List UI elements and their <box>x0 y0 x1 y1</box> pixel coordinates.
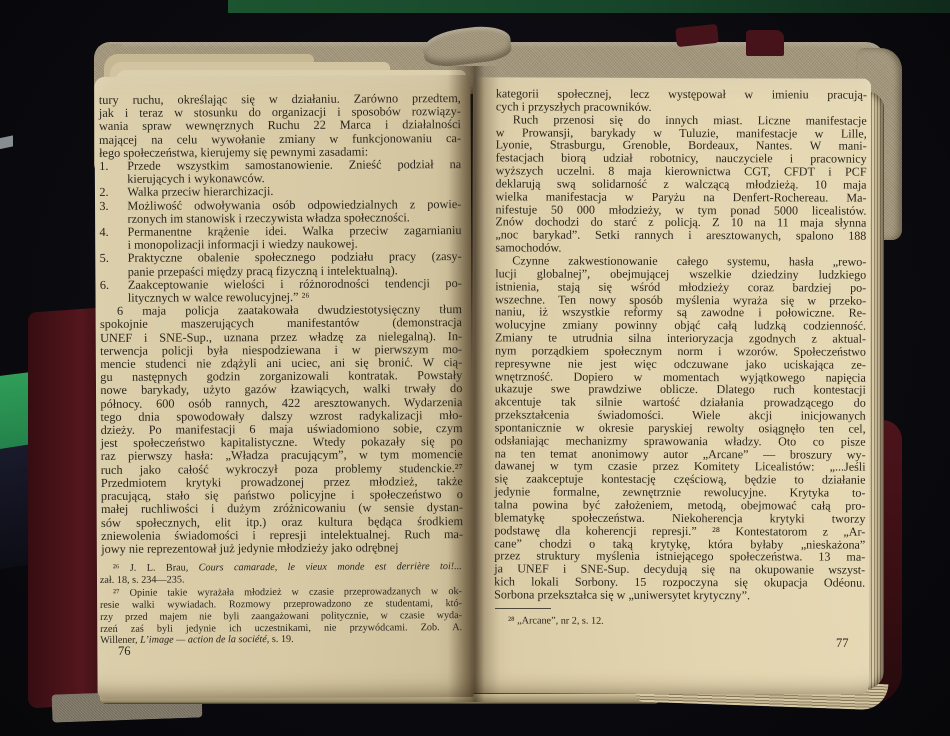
footnote-rule <box>495 608 551 609</box>
text-line: ²⁸ „Arcane”, nr 2, s. 12. <box>495 615 866 628</box>
text-line: zał. 18, s. 234—235. <box>100 573 462 587</box>
footnote: ²⁸ „Arcane”, nr 2, s. 12. <box>495 615 866 628</box>
list-item: 1.Przede wszystkim samostanowienie. Znie… <box>99 158 461 186</box>
right-page-text-block: kategorii społecznej, lecz występował w … <box>494 87 867 602</box>
text-line: rzeń zaś byli jedynie ich uczestnikami, … <box>100 622 462 636</box>
paragraph: Ruch przenosi się do innych miast. Liczn… <box>495 113 866 256</box>
left-page-footnotes: ²⁶ J. L. Brau, Cours camarade, le vieux … <box>100 561 462 648</box>
list-number: 2. <box>99 186 108 199</box>
list-number: 6. <box>100 279 109 292</box>
green-top-band <box>228 0 950 13</box>
left-page-number: 76 <box>118 644 131 659</box>
list-number: 5. <box>100 252 109 265</box>
text-line: jowy nie reprezentował już jedynie młodz… <box>101 541 463 556</box>
list-item: 5.Praktyczne obalenie społecznego podzia… <box>100 250 462 278</box>
paragraph: Czynne zakwestionowanie całego systemu, … <box>494 254 866 602</box>
text-line: Sorbona przekształca się w „uniwersytet … <box>494 588 865 602</box>
maroon-board-left-edge <box>28 307 104 708</box>
right-page-footnotes: ²⁸ „Arcane”, nr 2, s. 12. <box>495 615 866 629</box>
text-line: Willener, L’image — action de la société… <box>100 633 462 647</box>
numbered-list: 1.Przede wszystkim samostanowienie. Znie… <box>99 158 462 305</box>
list-number: 4. <box>99 226 108 239</box>
maroon-patch-top-right <box>746 30 784 56</box>
paragraph: kategorii społecznej, lecz występował w … <box>496 87 867 114</box>
footnote: ²⁷ Opinie takie wyrażała młodzież w czas… <box>100 586 462 647</box>
book-photo-scene: tury ruchu, określając się w działaniu. … <box>0 0 950 736</box>
left-page-text-block: tury ruchu, określając się w działaniu. … <box>99 92 463 556</box>
paragraph: 6 maja policja zaatakowała dwudziestotys… <box>100 303 463 556</box>
paragraph: tury ruchu, określając się w działaniu. … <box>99 92 461 160</box>
list-item: 3.Możliwość odwoływania osób odpowiedzia… <box>99 198 461 226</box>
list-item: 4.Permanentne krążenie idei. Walka przec… <box>99 224 461 252</box>
list-item: 6.Zaakceptowanie wielości i różnorodnośc… <box>100 277 462 305</box>
footnote: ²⁶ J. L. Brau, Cours camarade, le vieux … <box>100 561 462 587</box>
text-line: ²⁶ J. L. Brau, Cours camarade, le vieux … <box>100 561 462 575</box>
text-line: litycznych w walce rewolucyjnej.” ²⁶ <box>128 290 462 305</box>
list-number: 3. <box>99 200 108 213</box>
right-page-number: 77 <box>836 636 849 651</box>
gray-streak <box>0 135 13 149</box>
list-number: 1. <box>99 160 108 173</box>
